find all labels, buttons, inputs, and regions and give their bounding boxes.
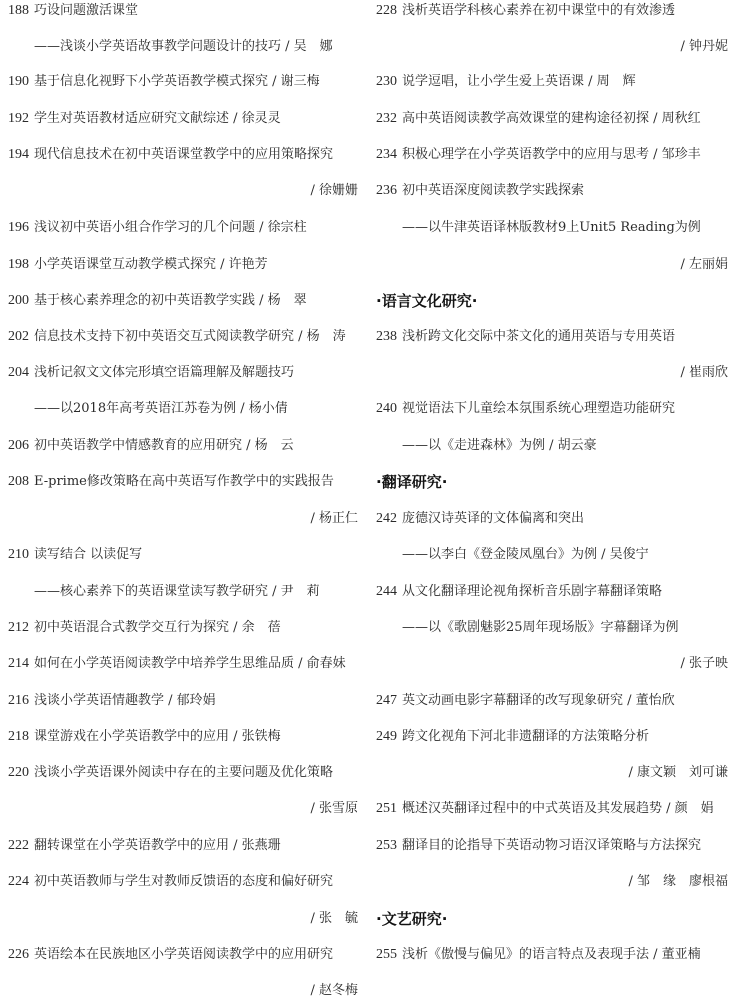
page-number: 249 <box>376 728 402 746</box>
entry-title: 说学逗唱，让小学生爱上英语课 / 周 辉 <box>402 74 636 89</box>
toc-entry: 198小学英语课堂互动教学模式探究 / 许艳芳 <box>8 256 362 274</box>
entry-title: 浅谈小学英语情趣教学 / 郁玲娟 <box>34 693 216 708</box>
toc-entry: 192学生对英语教材适应研究文献综述 / 徐灵灵 <box>8 110 362 128</box>
entry-title: 初中英语教学中情感教育的应用研究 / 杨 云 <box>34 438 294 453</box>
toc-entry: 188巧设问题激活课堂 <box>8 2 362 20</box>
entry-title: 从文化翻译理论视角探析音乐剧字幕翻译策略 <box>402 584 662 599</box>
entry-author: / 崔雨欣 <box>376 364 732 382</box>
page-number: 196 <box>8 219 34 237</box>
entry-author: / 康文颖 刘可谦 <box>376 764 732 782</box>
toc-entry: 224初中英语教师与学生对教师反馈语的态度和偏好研究 <box>8 873 362 891</box>
toc-entry: 212初中英语混合式教学交互行为探究 / 余 蓓 <box>8 619 362 637</box>
entry-title: 课堂游戏在小学英语教学中的应用 / 张铁梅 <box>34 729 281 744</box>
entry-title: 英文动画电影字幕翻译的改写现象研究 / 董怡欣 <box>402 693 675 708</box>
toc-entry: 236初中英语深度阅读教学实践探索 <box>376 182 732 200</box>
entry-author: / 左丽娟 <box>376 256 732 274</box>
section-heading: ·翻译研究· <box>376 473 732 491</box>
toc-entry: 200基于核心素养理念的初中英语教学实践 / 杨 翠 <box>8 292 362 310</box>
entry-title: 浅析跨文化交际中茶文化的通用英语与专用英语 <box>402 329 675 344</box>
entry-title: 初中英语混合式教学交互行为探究 / 余 蓓 <box>34 620 281 635</box>
page-number: 210 <box>8 546 34 564</box>
entry-author: / 徐姗姗 <box>8 182 362 200</box>
section-heading: ·文艺研究· <box>376 910 732 928</box>
page-number: 226 <box>8 946 34 964</box>
toc-entry: 222翻转课堂在小学英语教学中的应用 / 张燕珊 <box>8 837 362 855</box>
page-number: 192 <box>8 110 34 128</box>
page-number: 190 <box>8 73 34 91</box>
page-number: 218 <box>8 728 34 746</box>
page-number: 194 <box>8 146 34 164</box>
entry-author: / 张子映 <box>376 655 732 673</box>
toc-entry: 202信息技术支持下初中英语交互式阅读教学研究 / 杨 涛 <box>8 328 362 346</box>
entry-title: E-prime修改策略在高中英语写作教学中的实践报告 <box>34 474 334 489</box>
page-number: 200 <box>8 292 34 310</box>
toc-entry: 251概述汉英翻译过程中的中式英语及其发展趋势 / 颜 娟 <box>376 800 732 818</box>
toc-entry: 216浅谈小学英语情趣教学 / 郁玲娟 <box>8 692 362 710</box>
entry-title: 巧设问题激活课堂 <box>34 3 138 18</box>
entry-author: / 钟丹妮 <box>376 38 732 56</box>
entry-subtitle: ——以李白《登金陵凤凰台》为例 / 吴俊宁 <box>376 546 732 564</box>
toc-entry: 194现代信息技术在初中英语课堂教学中的应用策略探究 <box>8 146 362 164</box>
toc-entry: 242庞德汉诗英译的文体偏离和突出 <box>376 510 732 528</box>
entry-title: 视觉语法下儿童绘本氛围系统心理塑造功能研究 <box>402 401 675 416</box>
page-number: 198 <box>8 256 34 274</box>
page-number: 220 <box>8 764 34 782</box>
page-number: 214 <box>8 655 34 673</box>
entry-title: 基于核心素养理念的初中英语教学实践 / 杨 翠 <box>34 293 307 308</box>
toc-entry: 234积极心理学在小学英语教学中的应用与思考 / 邹珍丰 <box>376 146 732 164</box>
entry-title: 基于信息化视野下小学英语教学模式探究 / 谢三梅 <box>34 74 320 89</box>
toc-entry: 220浅谈小学英语课外阅读中存在的主要问题及优化策略 <box>8 764 362 782</box>
entry-title: 读写结合 以读促写 <box>34 547 142 562</box>
toc-entry: 253翻译目的论指导下英语动物习语汉译策略与方法探究 <box>376 837 732 855</box>
entry-title: 浅析英语学科核心素养在初中课堂中的有效渗透 <box>402 3 675 18</box>
page-number: 230 <box>376 73 402 91</box>
entry-subtitle: ——以2018年高考英语江苏卷为例 / 杨小倩 <box>8 400 362 418</box>
page-number: 240 <box>376 400 402 418</box>
entry-title: 庞德汉诗英译的文体偏离和突出 <box>402 511 584 526</box>
toc-entry: 210读写结合 以读促写 <box>8 546 362 564</box>
section-heading: ·语言文化研究· <box>376 292 732 310</box>
page-number: 236 <box>376 182 402 200</box>
toc-entry: 208E-prime修改策略在高中英语写作教学中的实践报告 <box>8 473 362 491</box>
page-number: 222 <box>8 837 34 855</box>
toc-entry: 255浅析《傲慢与偏见》的语言特点及表现手法 / 董亚楠 <box>376 946 732 964</box>
page-number: 244 <box>376 583 402 601</box>
page-number: 188 <box>8 2 34 20</box>
page-number: 238 <box>376 328 402 346</box>
entry-title: 信息技术支持下初中英语交互式阅读教学研究 / 杨 涛 <box>34 329 346 344</box>
toc-entry: 190基于信息化视野下小学英语教学模式探究 / 谢三梅 <box>8 73 362 91</box>
entry-title: 初中英语教师与学生对教师反馈语的态度和偏好研究 <box>34 874 333 889</box>
entry-subtitle: ——浅谈小学英语故事教学问题设计的技巧 / 吴 娜 <box>8 38 362 56</box>
page-number: 206 <box>8 437 34 455</box>
entry-author: / 张 毓 <box>8 910 362 928</box>
entry-title: 跨文化视角下河北非遗翻译的方法策略分析 <box>402 729 649 744</box>
entry-title: 浅析《傲慢与偏见》的语言特点及表现手法 / 董亚楠 <box>402 947 701 962</box>
page-number: 234 <box>376 146 402 164</box>
toc-entry: 226英语绘本在民族地区小学英语阅读教学中的应用研究 <box>8 946 362 964</box>
page-number: 242 <box>376 510 402 528</box>
entry-author: / 邹 缘 廖根福 <box>376 873 732 891</box>
page-number: 208 <box>8 473 34 491</box>
entry-title: 高中英语阅读教学高效课堂的建构途径初探 / 周秋红 <box>402 111 701 126</box>
entry-title: 学生对英语教材适应研究文献综述 / 徐灵灵 <box>34 111 281 126</box>
entry-title: 翻转课堂在小学英语教学中的应用 / 张燕珊 <box>34 838 281 853</box>
entry-title: 概述汉英翻译过程中的中式英语及其发展趋势 / 颜 娟 <box>402 801 714 816</box>
toc-entry: 230说学逗唱，让小学生爱上英语课 / 周 辉 <box>376 73 732 91</box>
toc-entry: 214如何在小学英语阅读教学中培养学生思维品质 / 俞春妹 <box>8 655 362 673</box>
entry-subtitle: ——核心素养下的英语课堂读写教学研究 / 尹 莉 <box>8 583 362 601</box>
toc-entry: 228浅析英语学科核心素养在初中课堂中的有效渗透 <box>376 2 732 20</box>
entry-subtitle: ——以《歌剧魅影25周年现场版》字幕翻译为例 <box>376 619 732 637</box>
page-number: 202 <box>8 328 34 346</box>
toc-entry: 206初中英语教学中情感教育的应用研究 / 杨 云 <box>8 437 362 455</box>
page-number: 228 <box>376 2 402 20</box>
toc-entry: 240视觉语法下儿童绘本氛围系统心理塑造功能研究 <box>376 400 732 418</box>
entry-title: 浅谈小学英语课外阅读中存在的主要问题及优化策略 <box>34 765 333 780</box>
entry-title: 浅议初中英语小组合作学习的几个问题 / 徐宗柱 <box>34 220 307 235</box>
entry-title: 英语绘本在民族地区小学英语阅读教学中的应用研究 <box>34 947 333 962</box>
entry-title: 初中英语深度阅读教学实践探索 <box>402 183 584 198</box>
page-number: 216 <box>8 692 34 710</box>
page-number: 212 <box>8 619 34 637</box>
entry-author: / 张雪原 <box>8 800 362 818</box>
entry-title: 浅析记叙文文体完形填空语篇理解及解题技巧 <box>34 365 294 380</box>
page-number: 204 <box>8 364 34 382</box>
entry-title: 如何在小学英语阅读教学中培养学生思维品质 / 俞春妹 <box>34 656 346 671</box>
toc-entry: 218课堂游戏在小学英语教学中的应用 / 张铁梅 <box>8 728 362 746</box>
page-number: 251 <box>376 800 402 818</box>
page-number: 224 <box>8 873 34 891</box>
toc-entry: 249跨文化视角下河北非遗翻译的方法策略分析 <box>376 728 732 746</box>
entry-author: / 杨正仁 <box>8 510 362 528</box>
toc-entry: 244从文化翻译理论视角探析音乐剧字幕翻译策略 <box>376 583 732 601</box>
entry-title: 小学英语课堂互动教学模式探究 / 许艳芳 <box>34 257 268 272</box>
toc-entry: 232高中英语阅读教学高效课堂的建构途径初探 / 周秋红 <box>376 110 732 128</box>
entry-author: / 赵冬梅 <box>8 982 362 1000</box>
page-number: 253 <box>376 837 402 855</box>
entry-title: 现代信息技术在初中英语课堂教学中的应用策略探究 <box>34 147 333 162</box>
entry-subtitle: ——以牛津英语译林版教材9上Unit5 Reading为例 <box>376 219 732 237</box>
toc-entry: 238浅析跨文化交际中茶文化的通用英语与专用英语 <box>376 328 732 346</box>
page-number: 232 <box>376 110 402 128</box>
entry-title: 积极心理学在小学英语教学中的应用与思考 / 邹珍丰 <box>402 147 701 162</box>
entry-title: 翻译目的论指导下英语动物习语汉译策略与方法探究 <box>402 838 701 853</box>
entry-subtitle: ——以《走进森林》为例 / 胡云豪 <box>376 437 732 455</box>
toc-entry: 204浅析记叙文文体完形填空语篇理解及解题技巧 <box>8 364 362 382</box>
toc-entry: 247英文动画电影字幕翻译的改写现象研究 / 董怡欣 <box>376 692 732 710</box>
page-number: 247 <box>376 692 402 710</box>
page-number: 255 <box>376 946 402 964</box>
toc-entry: 196浅议初中英语小组合作学习的几个问题 / 徐宗柱 <box>8 219 362 237</box>
